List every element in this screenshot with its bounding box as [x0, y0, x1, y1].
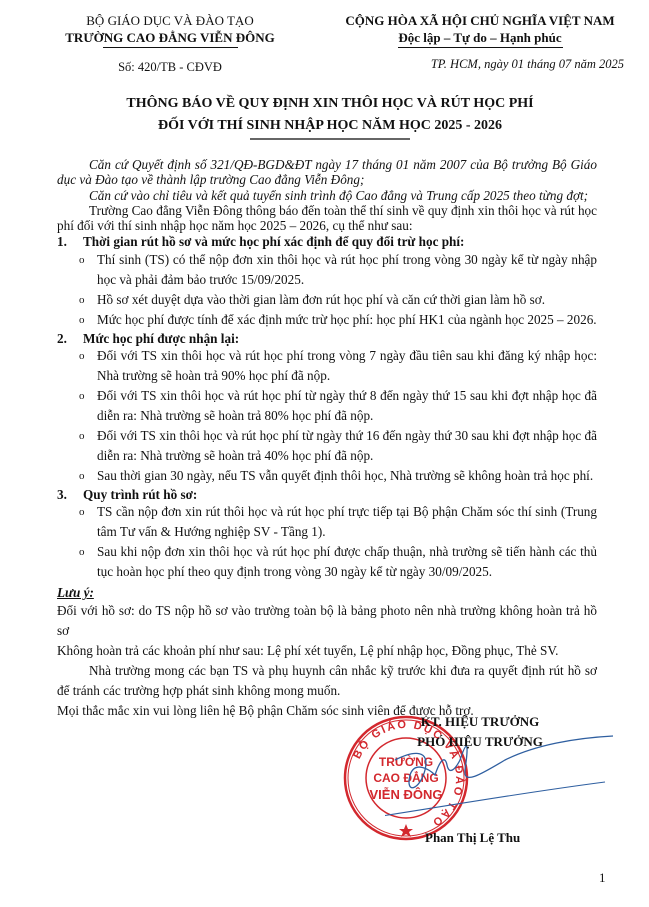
list-item: oTS cần nộp đơn xin rút thôi học và rút …: [57, 502, 597, 542]
bullet-icon: o: [79, 250, 85, 270]
divider: [250, 138, 410, 140]
bullet-icon: o: [79, 290, 85, 310]
advice-paragraph: Nhà trường mong các bạn TS và phụ huynh …: [57, 661, 597, 701]
ministry-name: BỘ GIÁO DỤC VÀ ĐÀO TẠO: [40, 12, 300, 29]
bullet-icon: o: [79, 542, 85, 562]
title-line-2: ĐỐI VỚI THÍ SINH NHẬP HỌC NĂM HỌC 2025 -…: [40, 115, 620, 137]
bullet-icon: o: [79, 502, 85, 522]
title-line-1: THÔNG BÁO VỀ QUY ĐỊNH XIN THÔI HỌC VÀ RÚ…: [40, 93, 620, 115]
signer-title-2: PHÓ HIỆU TRƯỞNG: [395, 732, 565, 752]
list-item: oĐối với TS xin thôi học và rút học phí …: [57, 346, 597, 386]
page-number: 1: [599, 870, 606, 886]
legal-basis-1: Căn cứ Quyết định số 321/QĐ-BGD&ĐT ngày …: [57, 157, 597, 188]
list-item: oSau thời gian 30 ngày, nếu TS vẫn quyết…: [57, 466, 597, 486]
list-item: oĐối với TS xin thôi học và rút học phí …: [57, 386, 597, 426]
signature-block: KT. HIỆU TRƯỞNG PHÓ HIỆU TRƯỞNG: [395, 712, 565, 752]
signer-title-1: KT. HIỆU TRƯỞNG: [395, 712, 565, 732]
bullet-icon: o: [79, 466, 85, 486]
divider: [103, 47, 238, 48]
section-heading: 1. Thời gian rút hồ sơ và mức học phí xá…: [57, 234, 597, 249]
bullet-icon: o: [79, 386, 85, 406]
list-item: oĐối với TS xin thôi học và rút học phí …: [57, 426, 597, 466]
document-body: Căn cứ Quyết định số 321/QĐ-BGD&ĐT ngày …: [57, 157, 597, 721]
notes-title: Lưu ý:: [57, 585, 597, 600]
intro-paragraph: Trường Cao đẳng Viễn Đông thông báo đến …: [57, 203, 597, 234]
list-item: oThí sinh (TS) có thể nộp đơn xin thôi h…: [57, 250, 597, 290]
header-left: BỘ GIÁO DỤC VÀ ĐÀO TẠO TRƯỜNG CAO ĐẲNG V…: [40, 12, 300, 76]
school-name: TRƯỜNG CAO ĐẲNG VIỄN ĐÔNG: [40, 29, 300, 46]
list-item: oMức học phí được tính để xác định mức t…: [57, 310, 597, 330]
list-item: oSau khi nộp đơn xin thôi học và rút học…: [57, 542, 597, 582]
bullet-icon: o: [79, 426, 85, 446]
date-place: TP. HCM, ngày 01 tháng 07 năm 2025: [431, 57, 624, 72]
section-heading: 2. Mức học phí được nhận lại:: [57, 331, 597, 346]
note-line: Không hoàn trả các khoản phí như sau: Lệ…: [57, 641, 597, 661]
country-name: CỘNG HÒA XÃ HỘI CHỦ NGHĨA VIỆT NAM: [335, 12, 625, 29]
bullet-icon: o: [79, 310, 85, 330]
signer-name: Phan Thị Lệ Thu: [425, 830, 520, 846]
note-line: Đối với hồ sơ: do TS nộp hồ sơ vào trườn…: [57, 601, 597, 641]
document-number: Số: 420/TB - CĐVĐ: [40, 59, 300, 76]
bullet-icon: o: [79, 346, 85, 366]
legal-basis-2: Căn cứ vào chỉ tiêu và kết quả tuyển sin…: [57, 188, 597, 203]
section-heading: 3. Quy trình rút hồ sơ:: [57, 487, 597, 502]
national-motto: Độc lập – Tự do – Hạnh phúc: [335, 29, 625, 46]
header-right: CỘNG HÒA XÃ HỘI CHỦ NGHĨA VIỆT NAM Độc l…: [335, 12, 625, 48]
list-item: oHồ sơ xét duyệt dựa vào thời gian làm đ…: [57, 290, 597, 310]
document-title: THÔNG BÁO VỀ QUY ĐỊNH XIN THÔI HỌC VÀ RÚ…: [40, 93, 620, 140]
divider: [398, 47, 563, 48]
